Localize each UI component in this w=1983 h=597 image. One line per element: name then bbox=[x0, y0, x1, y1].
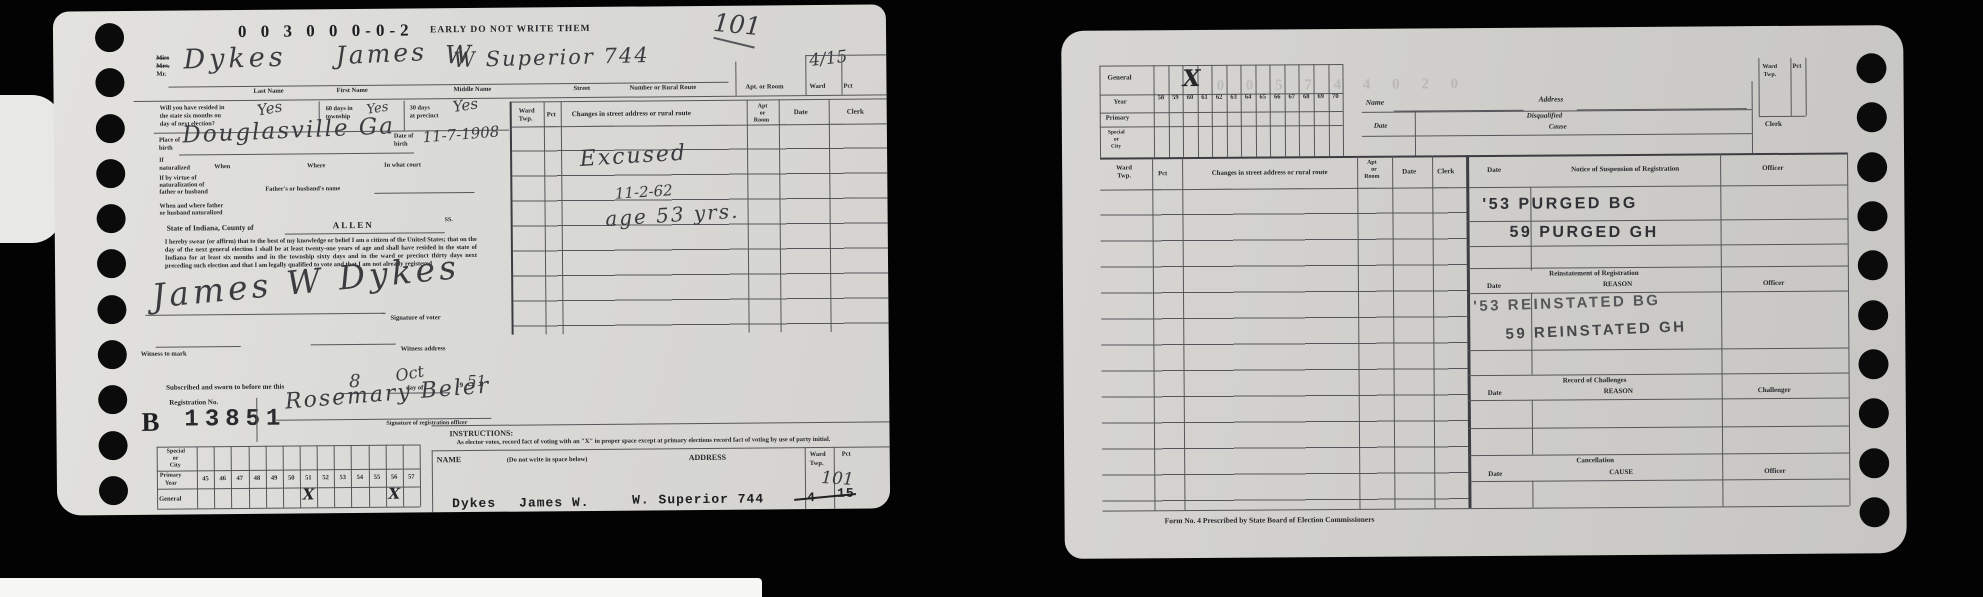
form-footer: Form No. 4 Prescribed by State Board of … bbox=[1165, 516, 1375, 526]
punch-hole bbox=[1859, 497, 1889, 527]
grid-label-or: or bbox=[1114, 137, 1119, 143]
year-cell: 51 bbox=[300, 475, 317, 482]
punch-hole bbox=[95, 23, 124, 52]
ward-box-left bbox=[1758, 58, 1759, 116]
reinstatement-officer: Officer bbox=[1763, 280, 1784, 288]
punch-hole bbox=[98, 431, 127, 460]
label-date-of-birth-2: birth bbox=[394, 141, 408, 148]
instructions-body: As elector votes, record fact of voting … bbox=[457, 435, 882, 446]
punch-hole bbox=[97, 295, 126, 324]
label-pct-top: Pct bbox=[1792, 63, 1801, 70]
question-residency-line1: Will you have resided in bbox=[160, 104, 225, 112]
column-label-pct: Pct bbox=[843, 83, 852, 90]
reinstatement-date: Date bbox=[1487, 283, 1501, 291]
label-virtue-3: father or husband bbox=[159, 188, 207, 195]
year-cell: 49 bbox=[265, 476, 282, 483]
punch-hole bbox=[1859, 398, 1889, 428]
cancellation-officer: Officer bbox=[1764, 468, 1785, 476]
handwritten-first-name: James bbox=[335, 37, 427, 70]
punch-hole bbox=[1857, 152, 1887, 182]
year-cell: 65 bbox=[1255, 94, 1270, 101]
registration-book-letter: B bbox=[141, 407, 159, 437]
label-twp-bottom: Twp. bbox=[810, 460, 824, 467]
grid-column-line bbox=[1168, 65, 1170, 157]
grid-column-line bbox=[1212, 65, 1214, 157]
year-cell: 70 bbox=[1328, 94, 1343, 101]
susp-row-rule-1 bbox=[1467, 218, 1848, 222]
body-header-apt-or: or bbox=[1371, 167, 1377, 174]
challenges-title: Record of Challenges bbox=[1468, 376, 1722, 386]
grid-column-line bbox=[1241, 65, 1243, 157]
scanned-microfilm-frame: 0 0 3 0 0 0-0-2 EARLY DO NOT WRITE THEM … bbox=[0, 0, 1983, 597]
grid-label-primary: Primary bbox=[1106, 114, 1130, 121]
year-cell: 50 bbox=[283, 476, 300, 483]
ward-box-bottom bbox=[1759, 116, 1806, 117]
year-cell: 47 bbox=[231, 476, 248, 483]
body-header-changes: Changes in street address or rural route bbox=[1182, 169, 1357, 178]
grid-column-line bbox=[1270, 64, 1272, 156]
body-header-apt-room: Room bbox=[1364, 174, 1379, 181]
challenges-challenger: Challenger bbox=[1758, 387, 1791, 395]
grid-label-primary: Primary bbox=[160, 473, 182, 480]
year-cell: 54 bbox=[351, 475, 368, 482]
year-cell: 58 bbox=[1154, 95, 1169, 102]
label-name-bottom: NAME bbox=[437, 456, 462, 465]
grid-column-line bbox=[1153, 65, 1155, 157]
punch-hole bbox=[99, 476, 128, 505]
witness-mark-rule bbox=[156, 346, 241, 348]
punch-hole bbox=[95, 68, 124, 97]
punch-hole bbox=[1857, 103, 1887, 133]
cancellation-date: Date bbox=[1488, 471, 1502, 479]
typed-first-name: James W. bbox=[519, 495, 590, 511]
county-name: ALLEN bbox=[333, 220, 374, 230]
punch-hole bbox=[1857, 201, 1887, 231]
punch-hole bbox=[97, 204, 126, 233]
label-date-disq: Date bbox=[1374, 123, 1388, 131]
label-no-write: (Do not write in space below) bbox=[507, 456, 588, 464]
handwritten-last-name: Dykes bbox=[183, 42, 287, 76]
witness-address-rule bbox=[311, 344, 396, 346]
label-signature-of-officer: Signature of registration officer bbox=[386, 420, 467, 427]
mid-header-twp: Twp. bbox=[519, 115, 533, 122]
label-address-bottom: ADDRESS bbox=[689, 454, 726, 463]
voter-registration-card-front: 0 0 3 0 0 0-0-2 EARLY DO NOT WRITE THEM … bbox=[53, 4, 890, 515]
mid-header-clerk: Clerk bbox=[847, 109, 864, 117]
handwritten-ward-pct: 4/15 bbox=[808, 47, 848, 71]
label-clerk-top: Clerk bbox=[1765, 121, 1782, 129]
grid-column-line bbox=[1255, 65, 1257, 157]
column-label-apt: Apt. or Room bbox=[745, 83, 783, 91]
punch-hole-column bbox=[95, 23, 129, 505]
mid-header-pct: Pct bbox=[547, 111, 556, 118]
label-in-what-court: In what court bbox=[384, 161, 421, 168]
year-cell: 69 bbox=[1314, 94, 1329, 101]
mid-header-changes: Changes in street address or rural route bbox=[572, 110, 691, 119]
place-of-birth-rule bbox=[179, 152, 414, 155]
susp-row-rule-3 bbox=[1467, 265, 1848, 269]
grid-label-or: or bbox=[173, 456, 179, 463]
label-when-where-2: or husband naturalized bbox=[160, 209, 223, 217]
year-cell: 55 bbox=[368, 475, 385, 482]
punch-hole bbox=[1858, 250, 1888, 280]
punch-hole bbox=[1858, 300, 1888, 330]
year-cell: 66 bbox=[1270, 94, 1285, 101]
punch-hole bbox=[96, 159, 125, 188]
year-cell: 46 bbox=[214, 476, 231, 483]
prefix-miss: Miss bbox=[156, 55, 169, 62]
punch-hole bbox=[1856, 53, 1886, 83]
punch-hole-column bbox=[1856, 53, 1889, 527]
label-ward-bottom: Ward bbox=[810, 451, 826, 458]
typed-last-name: Dykes bbox=[452, 496, 496, 511]
adjacent-card-edge bbox=[0, 95, 62, 243]
mid-header-apt: Apt bbox=[758, 103, 768, 110]
mid-table-ruled-rows bbox=[512, 123, 889, 335]
column-label-street: Street bbox=[573, 85, 590, 92]
stamp-reinstated-59: 59 REINSTATED GH bbox=[1505, 318, 1687, 343]
label-when: When bbox=[214, 163, 230, 170]
challenges-date: Date bbox=[1488, 390, 1502, 398]
grid-label-border bbox=[157, 447, 159, 509]
label-witness-address: Witness address bbox=[401, 345, 446, 353]
label-place-of-birth-2: birth bbox=[159, 145, 173, 152]
year-cell: 68 bbox=[1299, 94, 1314, 101]
registration-number: 13851 bbox=[184, 406, 286, 434]
year-cell: 60 bbox=[1183, 95, 1198, 102]
vote-x-mark: X bbox=[386, 487, 403, 502]
county-rule bbox=[285, 232, 445, 234]
challenges-reason: REASON bbox=[1604, 388, 1633, 396]
answer-30days: Yes bbox=[452, 94, 480, 116]
punch-hole bbox=[98, 385, 127, 414]
label-pct-bottom: Pct bbox=[842, 451, 851, 458]
year-cell: 62 bbox=[1212, 95, 1227, 102]
vote-year-grid: 58596061626364656667686970X bbox=[1153, 64, 1343, 157]
vote-x-mark: X bbox=[1183, 67, 1198, 90]
question-30days-line1: 30 days bbox=[410, 104, 430, 111]
chall-row-rule-1 bbox=[1468, 425, 1849, 429]
label-ss: SS. bbox=[445, 217, 453, 224]
handwritten-excused-date: 11-2-62 bbox=[614, 181, 673, 202]
name-area-border bbox=[432, 450, 434, 512]
reinstatement-title: Reinstatement of Registration bbox=[1467, 269, 1721, 279]
label-if: If bbox=[159, 157, 164, 164]
officer-signature: Rosemary Beler bbox=[284, 373, 491, 414]
body-header-date: Date bbox=[1402, 168, 1416, 176]
grid-label-general: General bbox=[1107, 74, 1131, 82]
disqualified-rule-bottom bbox=[1362, 133, 1752, 137]
year-cell: 64 bbox=[1241, 95, 1256, 102]
punch-hole bbox=[97, 249, 126, 278]
typed-address: W. Superior 744 bbox=[632, 491, 764, 507]
year-cell: 53 bbox=[334, 475, 351, 482]
label-address: Address bbox=[1539, 95, 1564, 104]
mid-header-apt-or: or bbox=[760, 110, 766, 117]
label-fathers-name: Father's or husband's name bbox=[265, 185, 340, 193]
corner-precinct-number: 101 bbox=[712, 8, 762, 41]
grid-label-city: City bbox=[1111, 144, 1121, 150]
grid-label-city: City bbox=[170, 463, 181, 470]
label-where: Where bbox=[307, 162, 325, 169]
do-not-write-note: EARLY DO NOT WRITE THEM bbox=[430, 24, 591, 36]
year-cell: 45 bbox=[197, 476, 214, 483]
grid-column-line bbox=[1313, 64, 1315, 156]
column-label-number: Number or Rural Route bbox=[629, 84, 696, 92]
column-label-first-name: First Name bbox=[336, 87, 367, 95]
question-30days-line2: at precinct bbox=[410, 112, 439, 119]
body-header-pct: Pct bbox=[1158, 170, 1167, 177]
label-name: Name bbox=[1366, 99, 1384, 108]
apt-column-line bbox=[735, 62, 736, 96]
mid-header-date: Date bbox=[794, 109, 808, 117]
cancellation-title: Cancellation bbox=[1468, 456, 1722, 466]
question-residency-line2: the state six months on bbox=[160, 112, 221, 120]
label-state-county: State of Indiana, County of bbox=[167, 224, 254, 233]
label-place-of-birth-1: Place of bbox=[159, 137, 180, 144]
chall-row-rule-2 bbox=[1468, 452, 1849, 456]
suspension-title: Notice of Suspension of Registration bbox=[1530, 165, 1720, 174]
stamp-reinstated-53: '53 REINSTATED BG bbox=[1473, 292, 1661, 315]
reinst-row-rule-1 bbox=[1467, 347, 1848, 351]
body-ruled-rows bbox=[1100, 187, 1468, 511]
body-header-twp: Twp. bbox=[1117, 172, 1131, 179]
reinstatement-reason: REASON bbox=[1603, 281, 1632, 289]
column-label-ward: Ward bbox=[809, 83, 825, 90]
label-signature-of-voter: Signature of voter bbox=[390, 314, 440, 322]
year-cell: 56 bbox=[386, 475, 403, 482]
fathers-name-rule bbox=[374, 192, 474, 194]
suspension-header-date: Date bbox=[1487, 167, 1501, 175]
label-witness-to-mark: Witness to mark bbox=[141, 350, 187, 358]
grid-label-general: General bbox=[159, 496, 181, 503]
ward-box-right bbox=[1805, 58, 1806, 116]
column-label-last-name: Last Name bbox=[253, 88, 283, 96]
grid-label-special: Special bbox=[167, 449, 185, 456]
suspension-header-officer: Officer bbox=[1762, 165, 1783, 173]
label-disqualified: Disqualified bbox=[1527, 112, 1562, 120]
label-ward-top: Ward bbox=[1762, 64, 1777, 71]
year-cell: 61 bbox=[1197, 95, 1212, 102]
question-60days-line1: 60 days in bbox=[326, 105, 353, 112]
prefix-mrs: Mrs. bbox=[156, 63, 169, 70]
grid-label-special: Special bbox=[1108, 130, 1125, 136]
grid-column-line bbox=[1284, 64, 1286, 156]
stamp-purged-53: '53 PURGED BG bbox=[1482, 195, 1638, 214]
year-cell: 67 bbox=[1284, 94, 1299, 101]
canc-label-rule bbox=[1468, 478, 1849, 482]
body-header-ward: Ward bbox=[1116, 164, 1132, 171]
label-cause: Cause bbox=[1549, 123, 1567, 131]
label-sworn: Subscribed and sworn to before me this bbox=[166, 384, 284, 393]
vote-year-grid: 45464748495051525354555657XX bbox=[197, 444, 421, 508]
punch-hole bbox=[1858, 349, 1888, 379]
vote-x-mark: X bbox=[300, 487, 317, 502]
date-cause-divider bbox=[1415, 111, 1416, 155]
label-naturalized: naturalized bbox=[159, 164, 190, 171]
clerk-column-border bbox=[1752, 81, 1754, 153]
question-divider-2 bbox=[404, 101, 405, 131]
voter-signature-rule bbox=[145, 313, 385, 316]
grid-column-line bbox=[1226, 65, 1228, 157]
label-twp-top: Twp. bbox=[1763, 72, 1776, 79]
punch-hole bbox=[98, 340, 127, 369]
punch-hole bbox=[1859, 448, 1889, 478]
susp-row-rule-2 bbox=[1467, 243, 1848, 247]
handwritten-street: W Superior 744 bbox=[453, 43, 650, 72]
registration-divider bbox=[256, 398, 257, 442]
cancellation-cause: CAUSE bbox=[1609, 469, 1633, 477]
year-cell: 52 bbox=[317, 475, 334, 482]
body-header-apt: Apt bbox=[1367, 160, 1377, 167]
mid-header-apt-room: Room bbox=[754, 117, 769, 124]
mid-table-top bbox=[512, 98, 887, 102]
grid-column-line bbox=[1299, 64, 1301, 156]
year-cell: 63 bbox=[1226, 95, 1241, 102]
chall-label-rule bbox=[1468, 397, 1849, 401]
grid-column-line bbox=[1328, 64, 1330, 156]
col-susp-date-4 bbox=[1532, 481, 1533, 508]
mid-header-ward: Ward bbox=[519, 107, 535, 114]
punch-hole bbox=[96, 114, 125, 143]
voter-registration-card-back: 0 0 5 7 4 4 0 2 0 General Year Primary S… bbox=[1061, 25, 1907, 559]
ward-column-line bbox=[805, 55, 806, 95]
handwritten-date-of-birth: 11-7-1908 bbox=[422, 122, 500, 146]
year-cell: 48 bbox=[248, 476, 265, 483]
year-cell: 57 bbox=[403, 474, 420, 481]
prefix-mr: Mr. bbox=[156, 71, 166, 78]
answer-residency: Yes bbox=[256, 97, 284, 119]
column-label-middle-name: Middle Name bbox=[453, 86, 491, 94]
stamp-purged-59: 59 PURGED GH bbox=[1509, 224, 1658, 242]
body-header-clerk: Clerk bbox=[1437, 168, 1454, 176]
scanner-light-strip bbox=[0, 578, 762, 597]
year-cell: 59 bbox=[1168, 95, 1183, 102]
instructions-rule-top bbox=[431, 421, 889, 426]
label-date-of-birth-1: Date of bbox=[394, 133, 413, 140]
grid-label-year: Year bbox=[165, 481, 177, 488]
grid-label-year: Year bbox=[1114, 98, 1127, 105]
reinst-row-rule-2 bbox=[1468, 372, 1849, 376]
